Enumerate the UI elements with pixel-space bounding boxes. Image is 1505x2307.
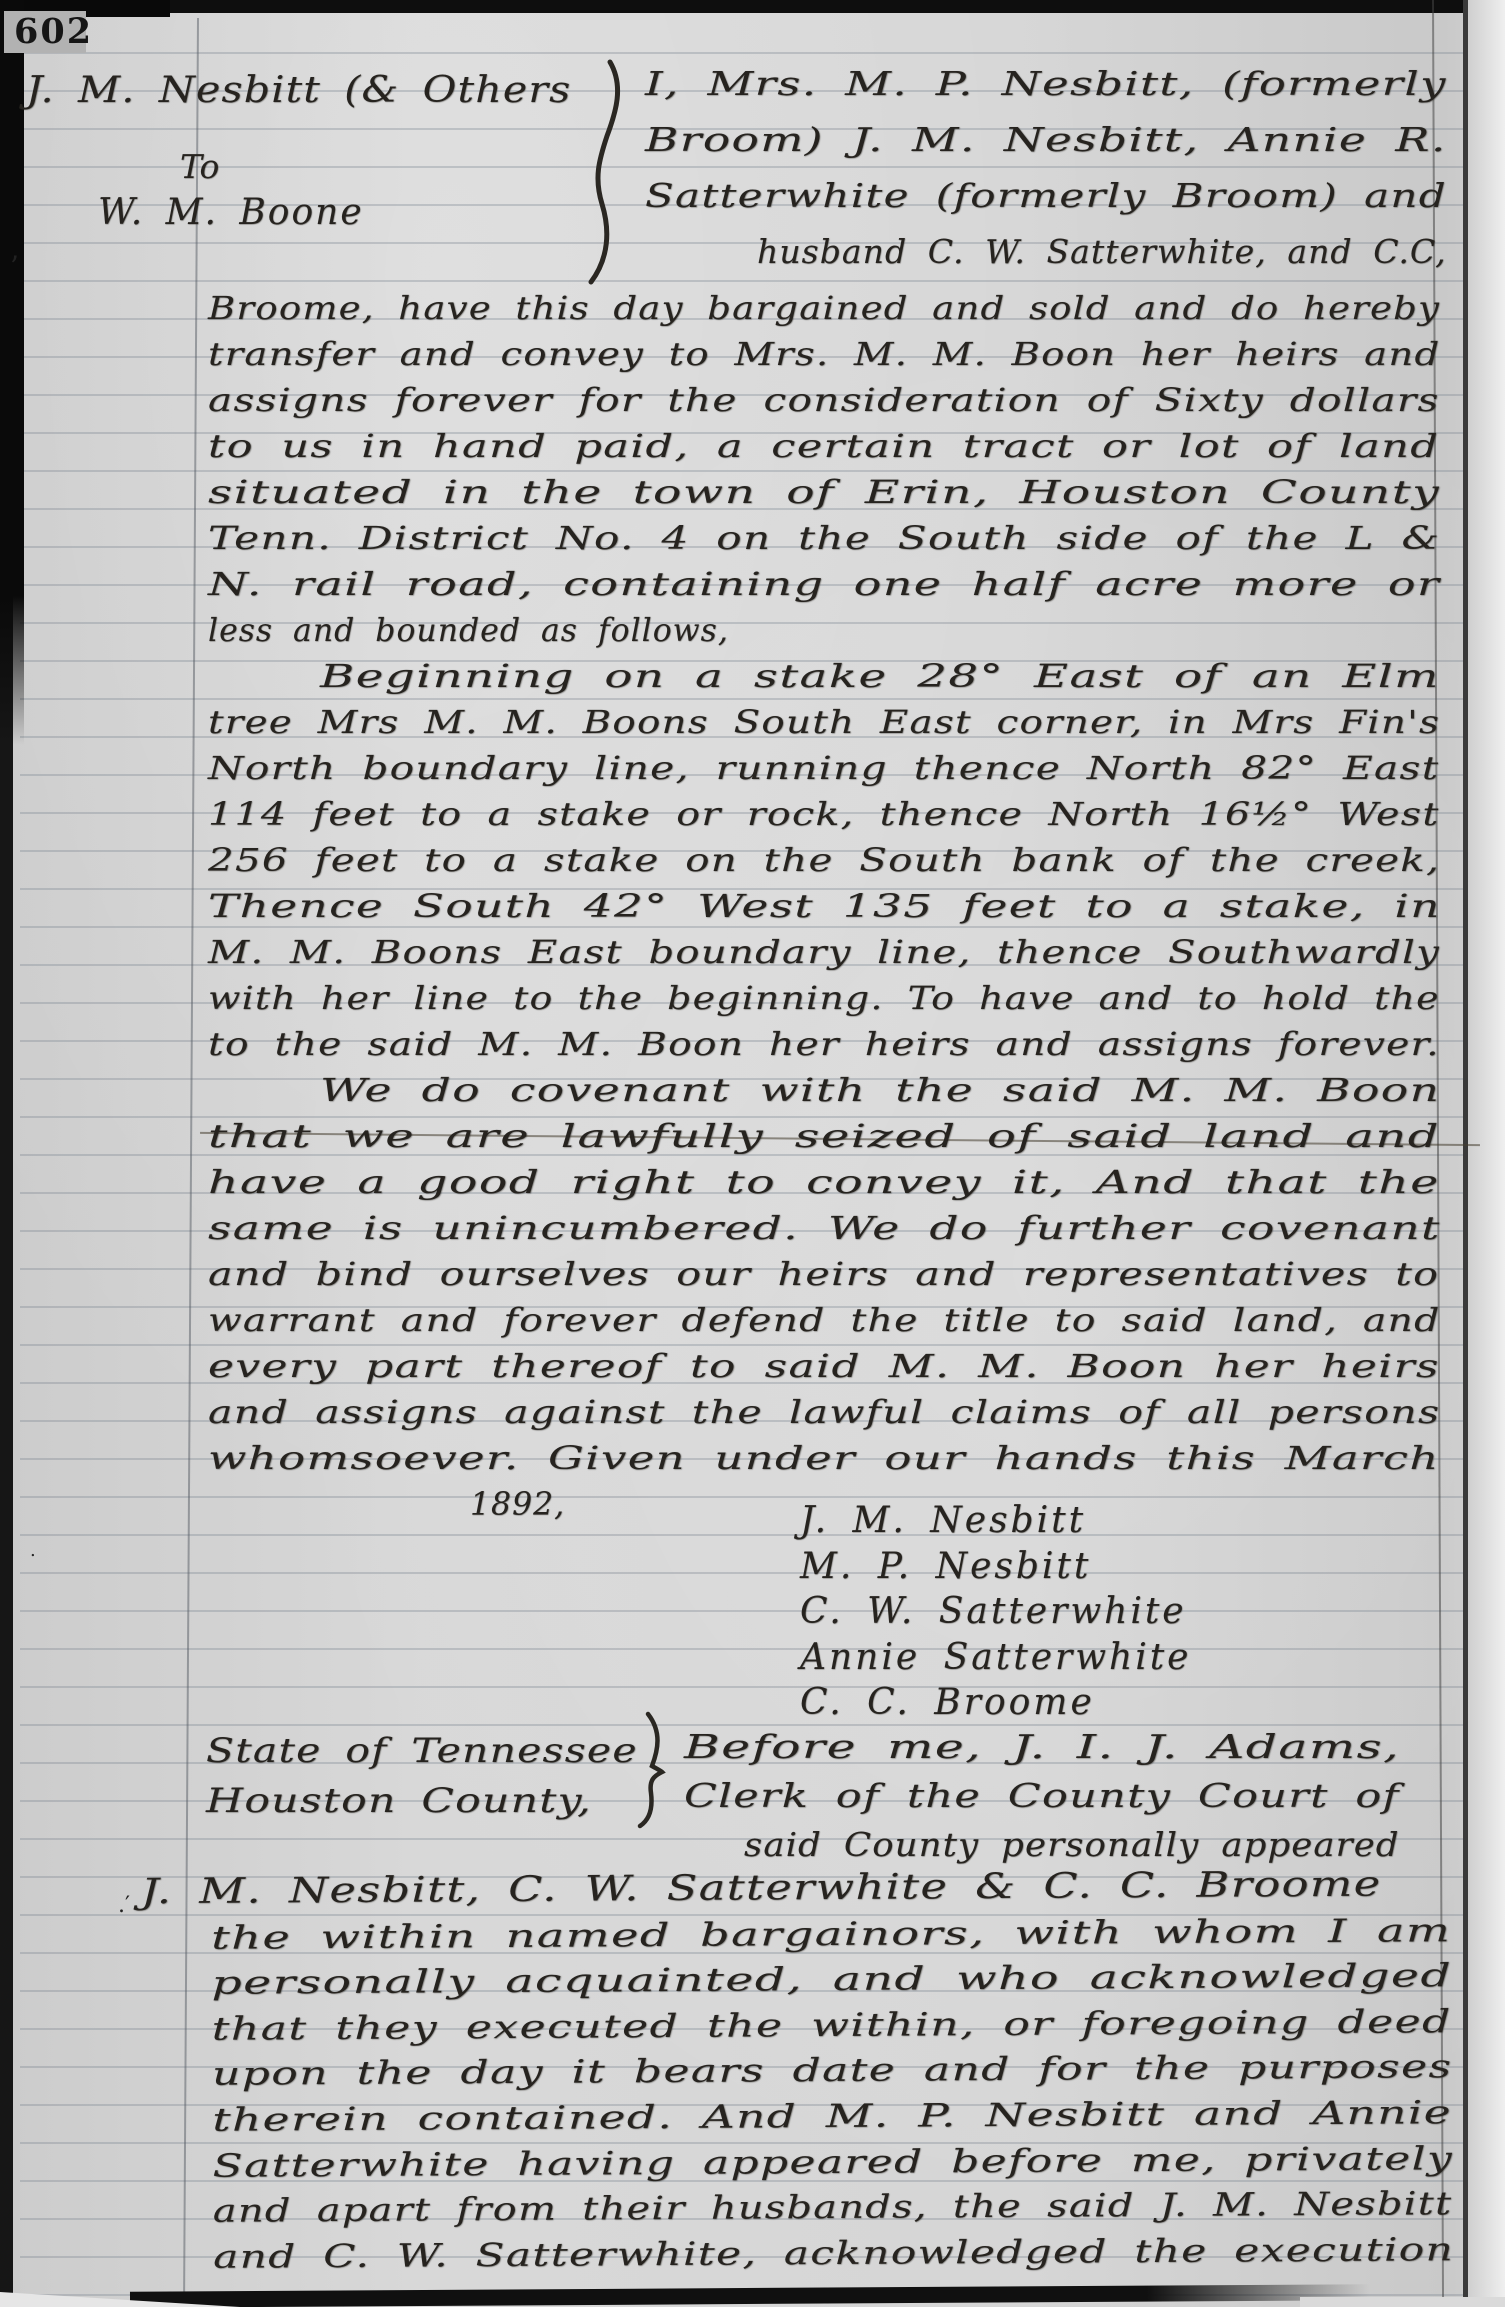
handwritten-line: to the said M. M. Boon her heirs and ass… — [208, 1022, 1440, 1068]
handwritten-line: North boundary line, running thence Nort… — [208, 746, 1440, 792]
handwritten-line: Satterwhite (formerly Broom) and — [645, 168, 1447, 224]
handwritten-line: therein contained. And M. P. Nesbitt and… — [212, 2090, 1452, 2143]
scan-corner-bottom-right — [1300, 2297, 1505, 2307]
handwritten-line: 114 feet to a stake or rock, thence Nort… — [208, 792, 1440, 838]
scan-edge-left-wide — [0, 0, 24, 745]
handwritten-line: I, Mrs. M. P. Nesbitt, (formerly — [645, 56, 1447, 112]
handwritten-line: personally acquainted, and who acknowled… — [211, 1953, 1451, 2006]
handwritten-line: whomsoever. Given under our hands this M… — [208, 1436, 1440, 1482]
signature: J. M. Nesbitt — [800, 1498, 1192, 1544]
handwritten-line: Broom) J. M. Nesbitt, Annie R. — [645, 112, 1447, 168]
ink-speck: ’ — [10, 250, 19, 283]
ink-speck: . — [30, 1540, 36, 1561]
handwritten-line: assigns forever for the consideration of… — [208, 378, 1440, 424]
handwritten-line: said County personally appeared — [684, 1820, 1400, 1869]
index-grantor: J. M. Nesbitt (& Others — [26, 70, 571, 111]
handwritten-line: and bind ourselves our heirs and represe… — [208, 1252, 1440, 1298]
handwritten-line: and C. W. Satterwhite, acknowledged the … — [213, 2227, 1453, 2280]
handwritten-line: Broome, have this day bargained and sold… — [208, 286, 1440, 332]
signature: M. P. Nesbitt — [800, 1544, 1192, 1590]
scan-edge-bottom — [130, 2284, 1370, 2307]
handwritten-line: State of Tennessee — [206, 1726, 638, 1776]
handwritten-line: same is unincumbered. We do further cove… — [208, 1206, 1440, 1252]
handwritten-line: M. M. Boons East boundary line, thence S… — [208, 930, 1440, 976]
signature: C. C. Broome — [800, 1680, 1192, 1726]
handwritten-line: 256 feet to a stake on the South bank of… — [208, 838, 1440, 884]
handwritten-line: J. M. Nesbitt, C. W. Satterwhite & C. C.… — [141, 1862, 1451, 1916]
handwritten-line: husband C. W. Satterwhite, and C.C, — [645, 224, 1447, 280]
handwritten-line: with her line to the beginning. To have … — [208, 976, 1440, 1022]
deed-body: Broome, have this day bargained and sold… — [208, 286, 1440, 1528]
brace-flourish-icon — [578, 56, 632, 288]
ack-venue: State of Tennessee Houston County, — [206, 1726, 638, 1826]
handwritten-line: the within named bargainors, with whom I… — [211, 1908, 1451, 1961]
index-connector: To — [180, 147, 219, 186]
handwritten-line: warrant and forever defend the title to … — [208, 1298, 1440, 1344]
handwritten-line: Tenn. District No. 4 on the South side o… — [208, 516, 1440, 562]
deed-recital: I, Mrs. M. P. Nesbitt, (formerlyBroom) J… — [645, 56, 1447, 280]
ink-speck: .′ — [118, 1893, 130, 1918]
handwritten-line: Beginning on a stake 28° East of an Elm — [208, 654, 1440, 700]
handwritten-line: Clerk of the County Court of — [684, 1771, 1400, 1820]
scan-edge-top — [0, 0, 1505, 13]
page-number-patch: 602 — [4, 11, 86, 53]
signature: C. W. Satterwhite — [800, 1589, 1192, 1635]
handwritten-line: that we are lawfully seized of said land… — [208, 1114, 1440, 1160]
scan-right-gutter — [1468, 0, 1505, 2307]
ack-body: J. M. Nesbitt, C. W. Satterwhite & C. C.… — [211, 1862, 1453, 2280]
handwritten-line: and apart from their husbands, the said … — [213, 2181, 1453, 2234]
index-grantee: W. M. Boone — [98, 192, 398, 233]
page-number: 602 — [14, 11, 93, 52]
handwritten-line: tree Mrs M. M. Boons South East corner, … — [208, 700, 1440, 746]
left-margin-rule — [183, 18, 199, 2307]
signature: Annie Satterwhite — [800, 1635, 1192, 1681]
handwritten-line: N. rail road, containing one half acre m… — [208, 562, 1440, 608]
scan-corner-bottom-left — [0, 2292, 240, 2307]
handwritten-line: transfer and convey to Mrs. M. M. Boon h… — [208, 332, 1440, 378]
handwritten-line: Before me, J. I. J. Adams, — [684, 1722, 1400, 1771]
handwritten-line: Satterwhite having appeared before me, p… — [212, 2136, 1452, 2189]
handwritten-line: Houston County, — [206, 1776, 638, 1826]
scanned-deed-page: ’ .′ . 602 J. M. Nesbitt (& Others To W.… — [0, 0, 1505, 2307]
ack-clerk: Before me, J. I. J. Adams,Clerk of the C… — [684, 1722, 1400, 1869]
handwritten-line: to us in hand paid, a certain tract or l… — [208, 424, 1440, 470]
handwritten-line: situated in the town of Erin, Houston Co… — [208, 470, 1440, 516]
handwritten-line: every part thereof to said M. M. Boon he… — [208, 1344, 1440, 1390]
handwritten-line: and assigns against the lawful claims of… — [208, 1390, 1440, 1436]
handwritten-line: that they executed the within, or forego… — [212, 1999, 1452, 2052]
handwritten-line: less and bounded as follows, — [208, 608, 1440, 654]
handwritten-line: have a good right to convey it, And that… — [208, 1160, 1440, 1206]
handwritten-line: Thence South 42° West 135 feet to a stak… — [208, 884, 1440, 930]
signature-block: J. M. NesbittM. P. NesbittC. W. Satterwh… — [800, 1498, 1192, 1726]
handwritten-line: upon the day it bears date and for the p… — [212, 2045, 1452, 2098]
handwritten-line: We do covenant with the said M. M. Boon — [208, 1068, 1440, 1114]
brace-flourish-icon — [632, 1710, 668, 1830]
